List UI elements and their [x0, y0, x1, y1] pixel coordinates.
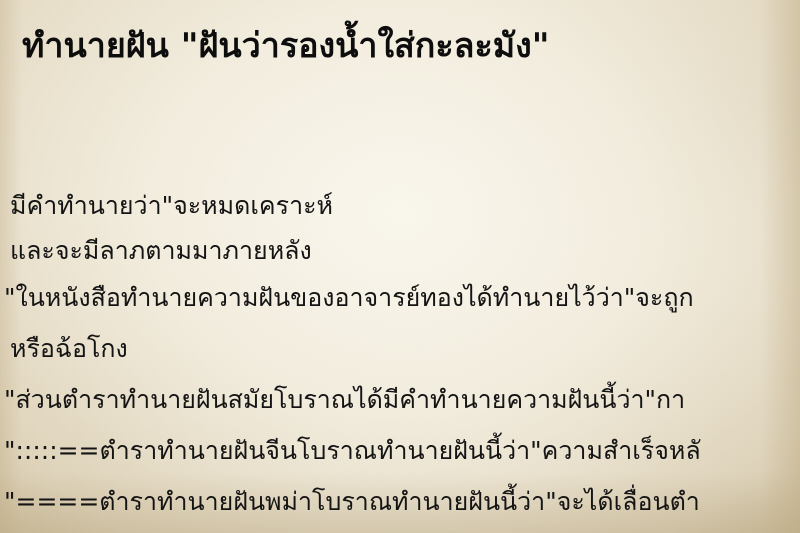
interpretation-line-2: และจะมีลาภตามมาภายหลัง — [10, 231, 312, 271]
interpretation-line-4: หรือฉ้อโกง — [10, 329, 128, 369]
interpretation-line-1: มีคำทำนายว่า"จะหมดเคราะห์ — [10, 186, 333, 226]
page-title: ทำนายฝัน "ฝันว่ารองน้ำใส่กะละมัง" — [22, 18, 549, 74]
interpretation-line-5: "ส่วนตำราทำนายฝันสมัยโบราณได้มีคำทำนายคว… — [4, 380, 685, 420]
interpretation-line-6: ":::::==ตำราทำนายฝันจีนโบราณทำนายฝันนี้ว… — [4, 431, 701, 471]
interpretation-line-3: "ในหนังสือทำนายความฝันของอาจารย์ทองได้ทำ… — [4, 278, 694, 318]
interpretation-line-7: "====ตำราทำนายฝันพม่าโบราณทำนายฝันนี้ว่า… — [4, 482, 700, 522]
